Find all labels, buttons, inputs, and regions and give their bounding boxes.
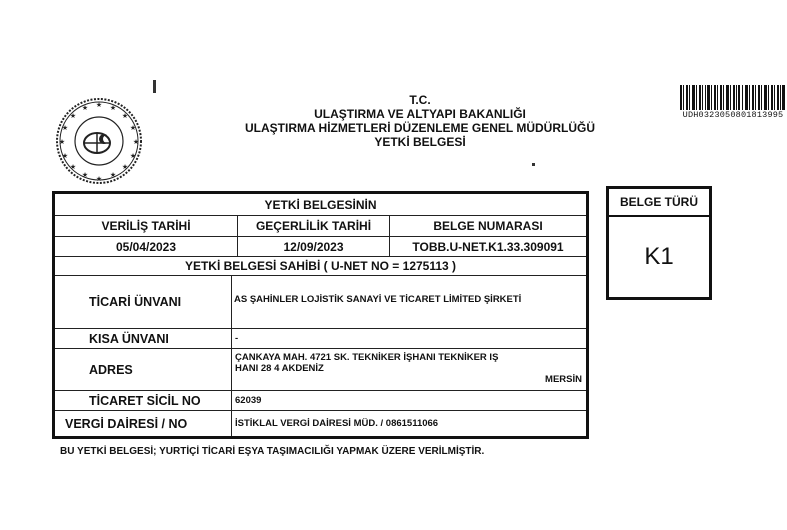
document-type-label: BELGE TÜRÜ	[609, 189, 709, 217]
address-label: ADRES	[55, 349, 231, 390]
footer-note: BU YETKİ BELGESİ; YURTİÇİ TİCARİ EŞYA TA…	[60, 446, 484, 457]
col-validity-date: GEÇERLİLİK TARİHİ	[237, 216, 389, 236]
svg-text:★: ★	[96, 101, 102, 109]
table-row: TİCARİ ÜNVANI AS ŞAHİNLER LOJİSTİK SANAY…	[55, 276, 586, 329]
short-name-label: KISA ÜNVANI	[55, 329, 231, 348]
owner-title: YETKİ BELGESİ SAHİBİ ( U-NET NO = 127511…	[55, 257, 586, 275]
trade-registry-label: TİCARET SİCİL NO	[55, 391, 231, 410]
table-row: VERGİ DAİRESİ / NO İSTİKLAL VERGİ DAİRES…	[55, 411, 586, 436]
scan-mark	[153, 80, 156, 93]
header-tc: T.C.	[220, 93, 620, 107]
trade-registry-value: 62039	[231, 391, 586, 410]
table-title: YETKİ BELGESİNİN	[55, 194, 586, 215]
col-issue-date: VERİLİŞ TARİHİ	[55, 216, 237, 236]
table-header-row: VERİLİŞ TARİHİ GEÇERLİLİK TARİHİ BELGE N…	[55, 216, 586, 237]
validity-date: 12/09/2023	[237, 237, 389, 256]
table-row: ADRES ÇANKAYA MAH. 4721 SK. TEKNİKER İŞH…	[55, 349, 586, 391]
header-ministry: ULAŞTIRMA VE ALTYAPI BAKANLIĞI	[220, 107, 620, 121]
table-row: TİCARET SİCİL NO 62039	[55, 391, 586, 411]
tax-office-value: İSTİKLAL VERGİ DAİRESİ MÜD. / 0861511066	[231, 411, 586, 436]
col-document-number: BELGE NUMARASI	[389, 216, 586, 236]
svg-text:★: ★	[130, 124, 136, 132]
svg-text:★: ★	[70, 112, 76, 120]
svg-text:★: ★	[70, 163, 76, 171]
trade-name-label: TİCARİ ÜNVANI	[55, 276, 231, 328]
tax-office-label: VERGİ DAİRESİ / NO	[55, 411, 231, 436]
address-line-2: HANI 28 4 AKDENİZ	[235, 363, 586, 374]
svg-text:★: ★	[62, 152, 68, 160]
svg-text:★: ★	[133, 138, 139, 146]
barcode-number: UDH0323050801813995	[678, 110, 787, 120]
svg-text:★: ★	[130, 152, 136, 160]
table-row: KISA ÜNVANI -	[55, 329, 586, 349]
ministry-seal-icon: ★★★ ★★★ ★★★ ★★★ ★★★ ★	[55, 97, 143, 185]
table-values-row: 05/04/2023 12/09/2023 TOBB.U-NET.K1.33.3…	[55, 237, 586, 257]
table-title-row: YETKİ BELGESİNİN	[55, 194, 586, 216]
address-line-1: ÇANKAYA MAH. 4721 SK. TEKNİKER İŞHANI TE…	[235, 352, 586, 363]
svg-text:★: ★	[59, 138, 65, 146]
issue-date: 05/04/2023	[55, 237, 237, 256]
document-type-value: K1	[609, 217, 709, 297]
svg-text:★: ★	[82, 104, 88, 112]
owner-title-row: YETKİ BELGESİ SAHİBİ ( U-NET NO = 127511…	[55, 257, 586, 276]
document-number: TOBB.U-NET.K1.33.309091	[389, 237, 586, 256]
document-type-box: BELGE TÜRÜ K1	[606, 186, 712, 300]
svg-text:★: ★	[122, 112, 128, 120]
svg-text:★: ★	[62, 124, 68, 132]
svg-text:★: ★	[96, 175, 102, 183]
svg-text:★: ★	[110, 171, 116, 179]
svg-text:★: ★	[110, 104, 116, 112]
short-name-value: -	[231, 329, 586, 348]
address-city: MERSİN	[235, 374, 586, 385]
address-value: ÇANKAYA MAH. 4721 SK. TEKNİKER İŞHANI TE…	[231, 349, 586, 390]
authorization-table: YETKİ BELGESİNİN VERİLİŞ TARİHİ GEÇERLİL…	[52, 191, 589, 439]
trade-name-value: AS ŞAHİNLER LOJİSTİK SANAYİ VE TİCARET L…	[231, 276, 586, 328]
svg-text:★: ★	[122, 163, 128, 171]
header-directorate: ULAŞTIRMA HİZMETLERİ DÜZENLEME GENEL MÜD…	[220, 121, 620, 135]
header-document-type: YETKİ BELGESİ	[220, 135, 620, 149]
svg-text:★: ★	[82, 171, 88, 179]
document-header: T.C. ULAŞTIRMA VE ALTYAPI BAKANLIĞI ULAŞ…	[220, 93, 620, 149]
scan-dot	[532, 163, 535, 166]
barcode-icon	[680, 85, 785, 110]
